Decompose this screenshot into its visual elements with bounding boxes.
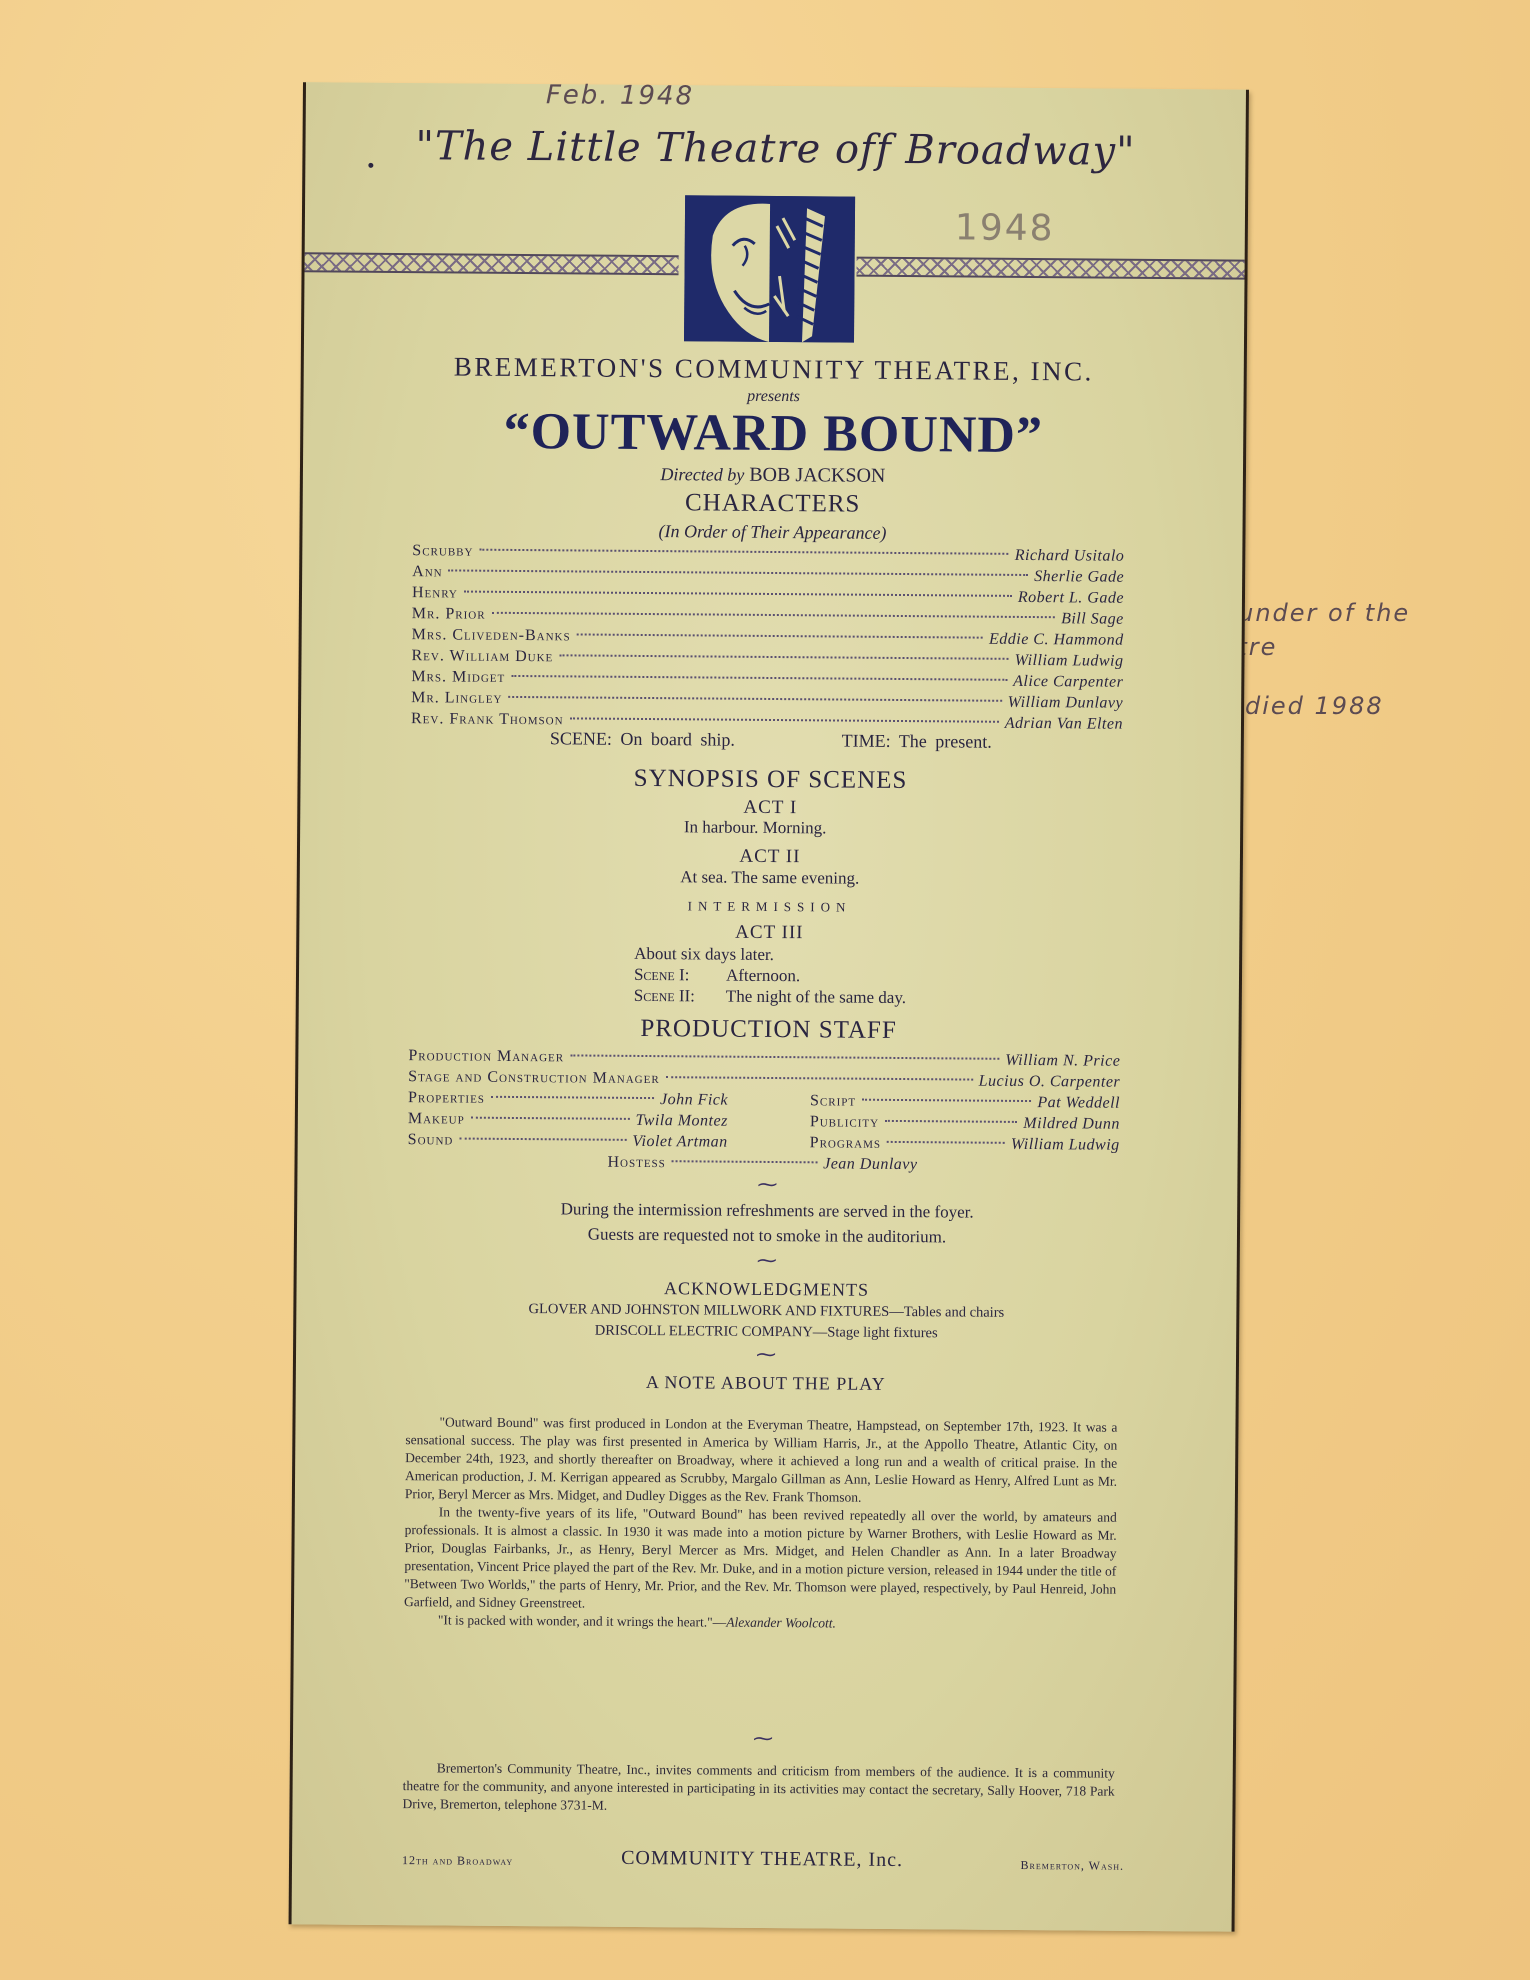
role-label: Rev. William Duke <box>411 645 553 667</box>
motto: "The Little Theatre off Broadway" <box>305 122 1245 175</box>
act3-scene2: Scene II:The night of the same day. <box>634 985 906 1008</box>
staff-full-rows: Production ManagerWilliam N. PriceStage … <box>408 1045 1120 1093</box>
person-name: William N. Price <box>1005 1050 1120 1072</box>
staff-row: SoundViolet Artman <box>408 1129 728 1153</box>
role-label: Properties <box>408 1087 485 1109</box>
dot-leader <box>464 591 1012 597</box>
person-name: Pat Weddell <box>1037 1092 1120 1114</box>
scene-label: SCENE: <box>550 728 612 748</box>
person-name: Sherlie Gade <box>1034 566 1124 588</box>
note-paragraph-2: In the twenty-five years of its life, "O… <box>404 1503 1117 1617</box>
role-label: Ann <box>412 561 443 582</box>
dot-leader <box>887 1141 1005 1144</box>
time-label: TIME: <box>842 731 891 751</box>
comedy-tragedy-mask-icon <box>684 195 855 342</box>
intermission-label: INTERMISSION <box>300 895 1240 918</box>
person-name: Violet Artman <box>632 1131 727 1153</box>
role-label: Sound <box>408 1129 454 1150</box>
play-title: “OUTWARD BOUND” <box>303 400 1243 466</box>
note-heading: A NOTE ABOUT THE PLAY <box>296 1369 1236 1397</box>
person-name: Robert L. Gade <box>1018 587 1124 609</box>
notice-refreshments: During the intermission refreshments are… <box>297 1197 1237 1224</box>
handwritten-date: Feb. 1948 <box>546 80 694 111</box>
role-label: Script <box>810 1090 856 1111</box>
person-name: Lucius O. Carpenter <box>979 1071 1121 1093</box>
role-label: Mrs. Cliveden-Banks <box>412 624 571 646</box>
person-name: Richard Usitalo <box>1015 545 1125 567</box>
role-label: Mr. Lingley <box>411 687 502 709</box>
staff-left-column: PropertiesJohn FickMakeupTwila MontezSou… <box>408 1087 728 1153</box>
handwritten-died-note: died 1988 <box>1245 692 1384 720</box>
acknowledgment-glover: GLOVER AND JOHNSTON MILLWORK AND FIXTURE… <box>296 1299 1236 1323</box>
invitation-paragraph: Bremerton's Community Theatre, Inc., inv… <box>402 1759 1114 1819</box>
dot-leader <box>449 569 1029 576</box>
role-label: Stage and Construction Manager <box>408 1066 660 1089</box>
dot-leader <box>491 1096 654 1099</box>
person-name: Bill Sage <box>1061 608 1124 629</box>
dot-leader <box>471 1117 630 1120</box>
quote-author: Alexander Woolcott. <box>726 1615 836 1631</box>
person-name: Mildred Dunn <box>1023 1113 1120 1135</box>
flourish-ornament: ⁓ <box>293 1722 1233 1754</box>
dot-leader <box>508 696 1001 702</box>
act3-details: About six days later. Scene I:Afternoon.… <box>634 943 907 1008</box>
person-name: William Ludwig <box>1011 1134 1120 1156</box>
characters-heading: CHARACTERS <box>303 486 1243 521</box>
person-name: Eddie C. Hammond <box>989 629 1124 651</box>
role-label: Programs <box>810 1132 881 1154</box>
scene-value: On board ship. <box>620 729 735 750</box>
dot-leader <box>559 654 1008 660</box>
role-label: Publicity <box>810 1111 879 1133</box>
decorative-band-left <box>305 252 679 275</box>
dot-leader <box>570 1054 999 1059</box>
directed-by-label: Directed by <box>660 464 744 485</box>
time-value: The present. <box>899 731 992 752</box>
person-name: William Ludwig <box>1015 650 1124 672</box>
dot-leader <box>862 1099 1031 1102</box>
staff-row: PropertiesJohn Fick <box>408 1087 728 1111</box>
role-label: Scrubby <box>412 540 473 561</box>
role-label: Mr. Prior <box>412 603 486 625</box>
staff-row: PublicityMildred Dunn <box>810 1111 1120 1134</box>
flourish-ornament: ⁓ <box>297 1168 1237 1200</box>
flourish-ornament: ⁓ <box>297 1244 1237 1276</box>
role-label: Production Manager <box>408 1045 564 1067</box>
staff-row: MakeupTwila Montez <box>408 1108 728 1132</box>
handwritten-year: 1948 <box>955 207 1055 249</box>
note-paragraph-1: "Outward Bound" was first produced in Lo… <box>405 1413 1118 1509</box>
dot-leader <box>570 717 999 722</box>
dot-leader <box>511 675 1007 681</box>
staff-row: ScriptPat Weddell <box>810 1090 1120 1113</box>
theatre-program-sheet: Feb. 1948 1948 "The Little Theatre off B… <box>289 82 1249 1931</box>
cast-list: ScrubbyRichard UsitaloAnnSherlie GadeHen… <box>411 540 1124 735</box>
dot-leader <box>672 1160 817 1163</box>
role-label: Makeup <box>408 1108 465 1129</box>
act3-text: About six days later. <box>634 943 906 966</box>
staff-right-column: ScriptPat WeddellPublicityMildred DunnPr… <box>810 1090 1120 1155</box>
synopsis-heading: SYNOPSIS OF SCENES <box>300 762 1240 797</box>
note-body: "Outward Bound" was first produced in Lo… <box>404 1413 1118 1635</box>
director-name: BOB JACKSON <box>749 464 885 487</box>
act3-scene1: Scene I:Afternoon. <box>634 964 906 987</box>
dot-leader <box>577 633 983 638</box>
dot-leader <box>479 549 1008 555</box>
staff-heading: PRODUCTION STAFF <box>298 1012 1238 1047</box>
decorative-band-right <box>857 257 1245 280</box>
person-name: John Fick <box>660 1089 728 1111</box>
role-label: Mrs. Midget <box>411 666 505 688</box>
person-name: Twila Montez <box>635 1110 728 1132</box>
footer-city: Bremerton, Wash. <box>1020 1858 1124 1874</box>
dot-leader <box>666 1076 973 1080</box>
staff-row: ProgramsWilliam Ludwig <box>810 1132 1120 1155</box>
organization-name: BREMERTON'S COMMUNITY THEATRE, INC. <box>304 350 1244 388</box>
dot-leader <box>885 1120 1017 1123</box>
person-name: Alice Carpenter <box>1013 671 1123 693</box>
invitation-text: Bremerton's Community Theatre, Inc., inv… <box>402 1759 1114 1819</box>
dot-leader <box>459 1138 626 1141</box>
dot-leader <box>492 612 1056 618</box>
role-label: Henry <box>412 582 458 603</box>
person-name: William Dunlavy <box>1008 692 1124 714</box>
